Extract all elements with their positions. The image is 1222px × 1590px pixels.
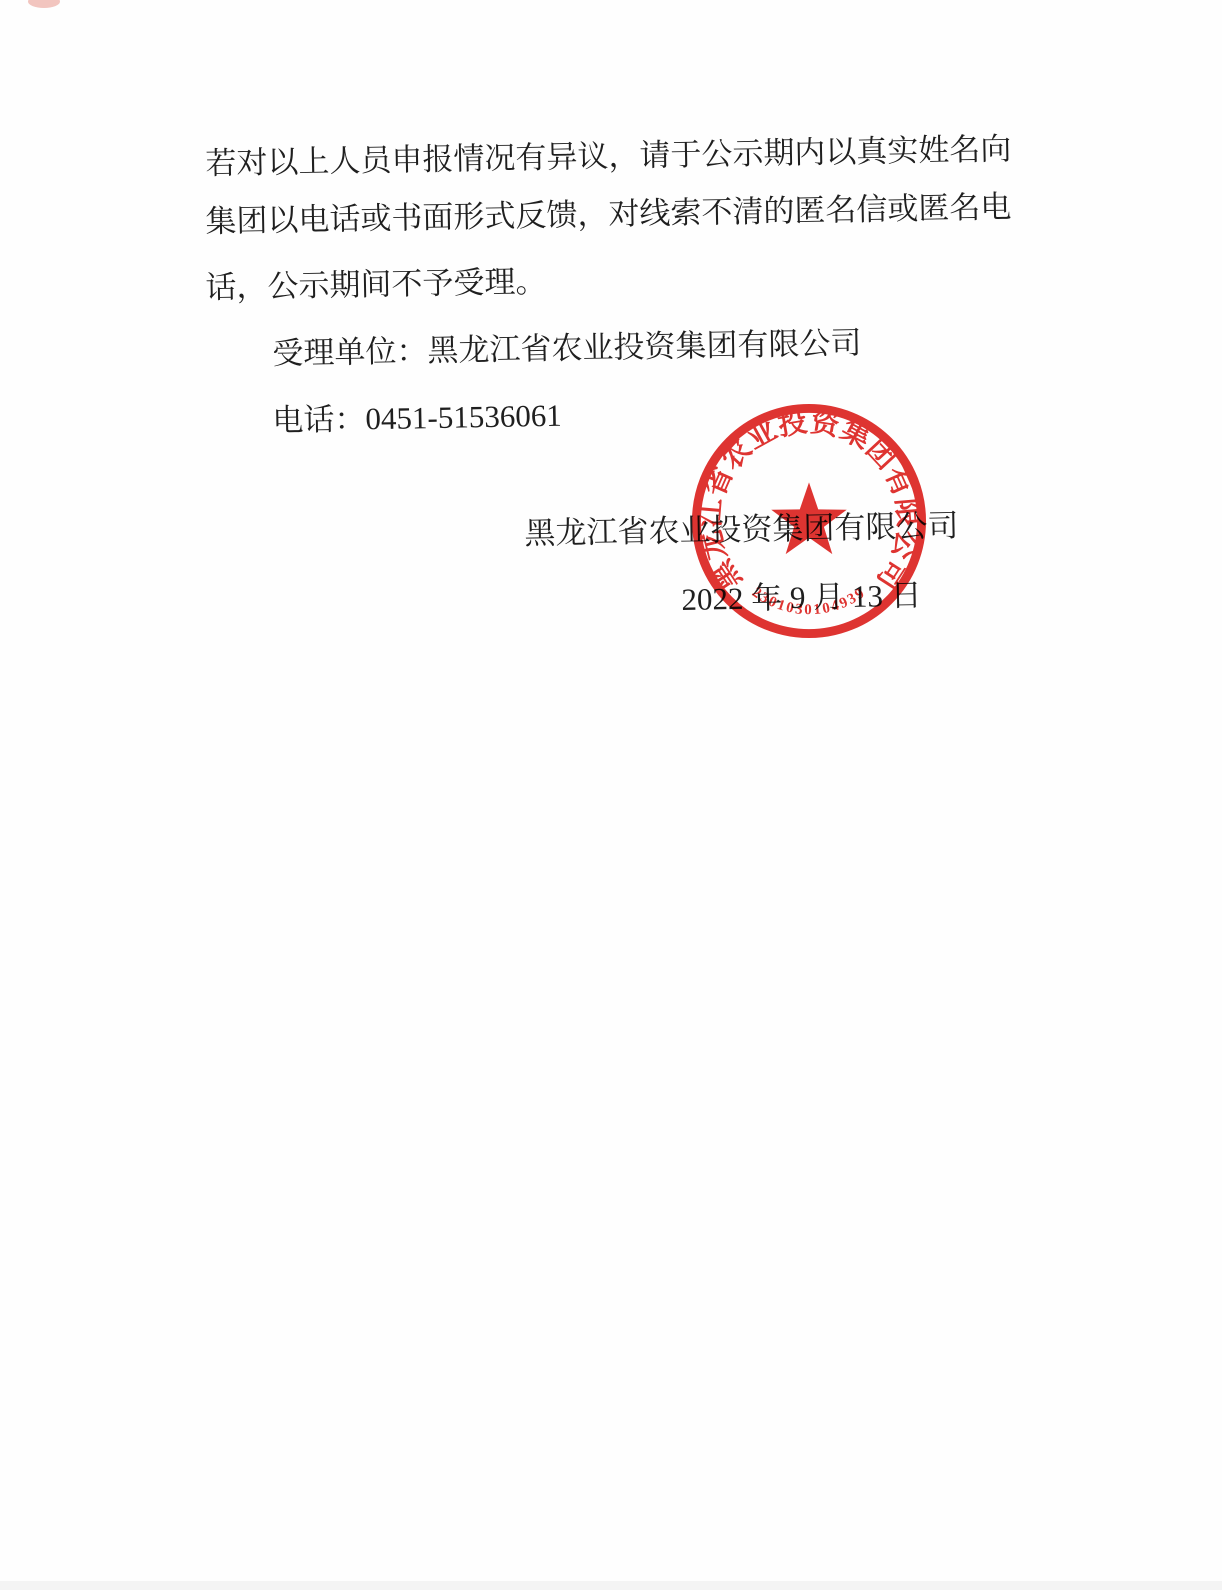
official-seal: 黑龙江省农业投资集团有限公司 2301030104939: [690, 402, 928, 640]
red-star-icon: [771, 482, 846, 554]
paragraph-line-1: 若对以上人员申报情况有异议，请于公示期内以真实姓名向: [205, 123, 1012, 183]
seal-serial-number: 2301030104939: [749, 585, 868, 619]
paragraph-line-2: 集团以电话或书面形式反馈，对线索不清的匿名信或匿名电: [205, 181, 1012, 241]
paragraph-line-3: 话，公示期间不予受理。: [205, 256, 547, 307]
scanned-document-page: 若对以上人员申报情况有异议，请于公示期内以真实姓名向 集团以电话或书面形式反馈，…: [0, 0, 1222, 1590]
scan-bottom-edge: [0, 1581, 1222, 1590]
stray-ink-mark: [28, 0, 60, 8]
phone-line: 电话：0451-51536061: [272, 390, 562, 440]
acceptance-unit-line: 受理单位：黑龙江省农业投资集团有限公司: [272, 317, 862, 373]
